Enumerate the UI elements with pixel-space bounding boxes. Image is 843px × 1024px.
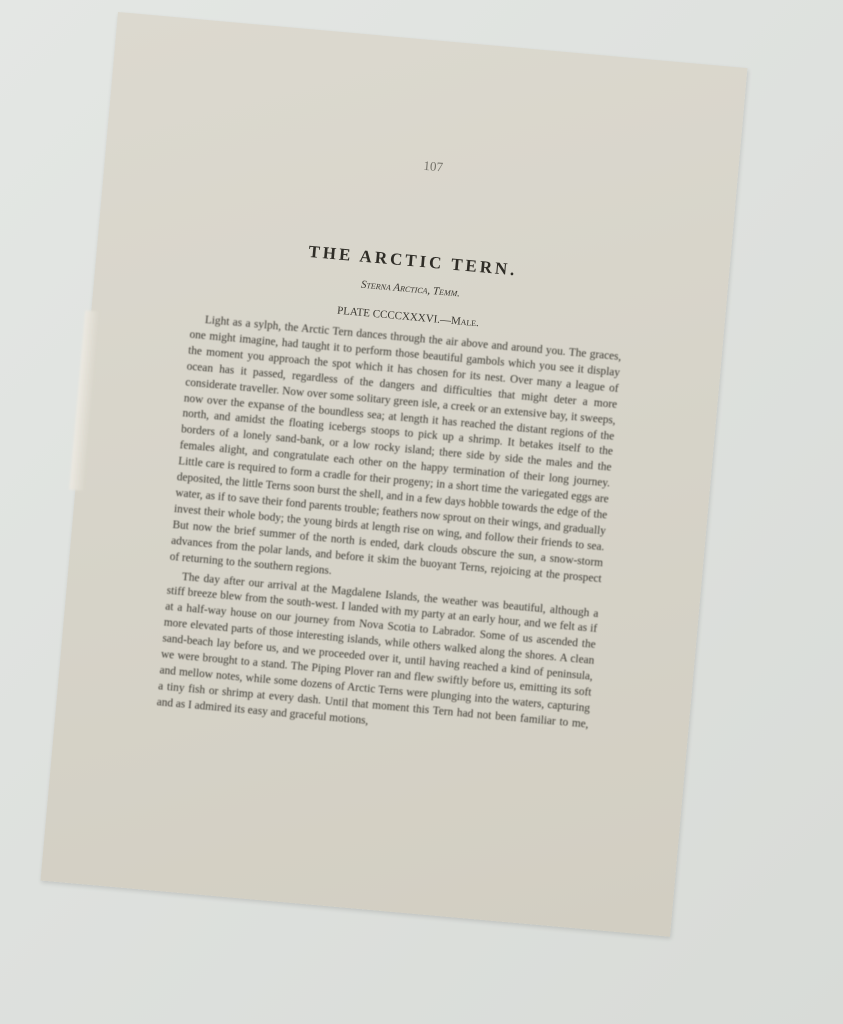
torn-edge xyxy=(69,310,99,491)
body-text: Light as a sylph, the Arctic Tern dances… xyxy=(156,312,622,752)
paragraph: Light as a sylph, the Arctic Tern dances… xyxy=(169,312,622,604)
printed-page: 107 THE ARCTIC TERN. Sterna Arctica, Tem… xyxy=(40,12,747,937)
page-number: 107 xyxy=(423,158,444,176)
